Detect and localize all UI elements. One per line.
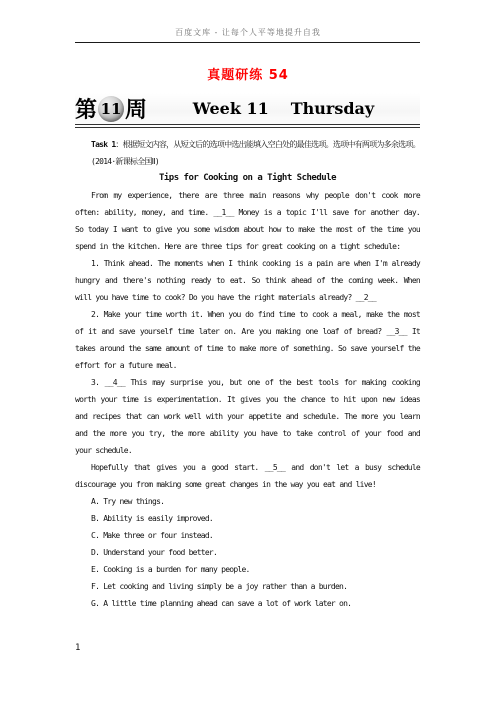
week-label-chinese: 第 11 周 [75, 93, 147, 124]
watermark-text: 百度文库 - 让每个人平等地提升自我 [0, 27, 496, 38]
week-suffix: 周 [125, 93, 147, 124]
option-c: C. Make three or four instead. [75, 527, 420, 544]
option-e: E. Cooking is a burden for many people. [75, 561, 420, 578]
option-a: A. Try new things. [75, 493, 420, 510]
exam-source: (2014·新课标全国Ⅱ) [75, 153, 420, 170]
week-label-english: Week 11Thursday [147, 99, 420, 118]
task-instructions-text: 根据短文内容，从短文后的选项中选出能填入空白处的最佳选项。选项中有两项为多余选项… [123, 140, 420, 149]
passage-paragraph: Hopefully that gives you a good start. _… [75, 459, 420, 493]
document-title: 真题研练 54 [0, 64, 496, 83]
passage-title: Tips for Cooking on a Tight Schedule [75, 170, 420, 187]
option-f: F. Let cooking and living simply be a jo… [75, 578, 420, 595]
option-b: B. Ability is easily improved. [75, 510, 420, 527]
week-prefix: 第 [75, 93, 97, 124]
passage-paragraph: 3. __4__ This may surprise you, but one … [75, 374, 420, 459]
passage-body: Task 1：根据短文内容，从短文后的选项中选出能填入空白处的最佳选项。选项中有… [75, 136, 420, 612]
document-page: 百度文库 - 让每个人平等地提升自我 真题研练 54 第 11 周 Week 1… [0, 0, 496, 702]
task-colon: ： [115, 140, 122, 149]
passage-paragraph: 2. Make your time worth it. When you do … [75, 306, 420, 374]
week-number-badge: 11 [98, 96, 124, 122]
week-label: Week 11 [193, 99, 269, 118]
passage-paragraph: 1. Think ahead. The moments when I think… [75, 255, 420, 306]
header-divider [75, 42, 420, 43]
page-number: 1 [75, 643, 80, 653]
option-d: D. Understand your food better. [75, 544, 420, 561]
banner-divider [75, 124, 420, 128]
passage-paragraph: From my experience, there are three main… [75, 187, 420, 255]
week-banner: 第 11 周 Week 11Thursday [75, 93, 420, 124]
day-label: Thursday [291, 99, 374, 118]
task-label: Task 1 [91, 140, 115, 149]
task-instructions: Task 1：根据短文内容，从短文后的选项中选出能填入空白处的最佳选项。选项中有… [75, 136, 420, 153]
option-g: G. A little time planning ahead can save… [75, 595, 420, 612]
